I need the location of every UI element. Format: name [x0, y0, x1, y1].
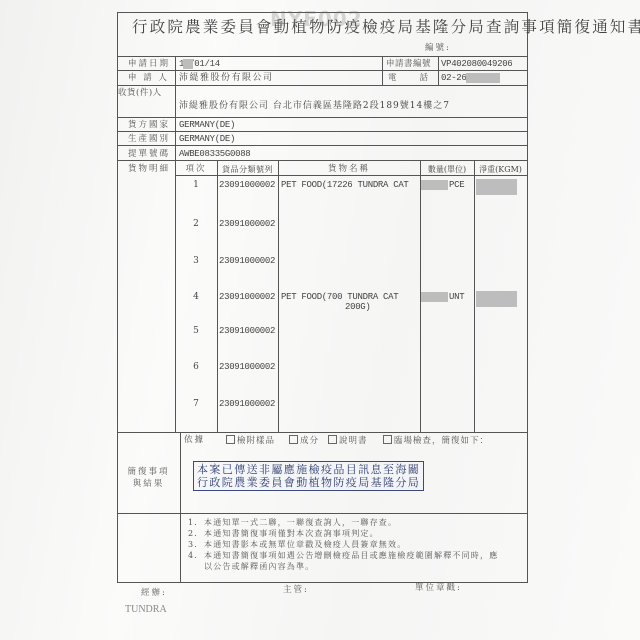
- item-number: 7: [175, 399, 217, 410]
- column-header-quantity: 數量(單位): [420, 164, 474, 175]
- item-code: 23091000002: [219, 292, 275, 303]
- goods-section-label: 貨物明細: [128, 164, 170, 175]
- row-line: [117, 432, 528, 433]
- shipper-country-value: GERMANY(DE): [179, 120, 235, 131]
- phone-label: 電 話: [388, 73, 430, 84]
- item-code: 23091000002: [219, 399, 275, 410]
- note-text: 本通知書簡復事項僅對本次查詢事項判定。: [204, 529, 379, 539]
- item-name: PET FOOD(700 TUNDRA CAT: [281, 292, 398, 303]
- item-code: 23091000002: [219, 256, 275, 267]
- column-divider: [278, 160, 279, 432]
- checkbox-icon[interactable]: [226, 435, 235, 444]
- item-name: PET FOOD(17226 TUNDRA CAT: [281, 180, 409, 191]
- application-no-label: 申請書編號: [386, 59, 431, 70]
- column-header-weight: 淨重(KGM): [474, 164, 527, 175]
- shipper-country-label: 貨方國家: [128, 120, 170, 131]
- item-name-continued: 200G): [345, 302, 371, 313]
- checkbox-label: 檢附樣品: [237, 436, 275, 446]
- column-divider: [438, 56, 439, 85]
- item-number: 2: [175, 219, 217, 230]
- official-stamp: 本案已傳送非屬應施檢疫品目訊息至海關 行政院農業委員會動植物防疫局基隆分局: [193, 461, 424, 491]
- row-line: [117, 56, 528, 57]
- note-text: 本通知單一式二聯，一聯復查詢人，一聯存查。: [204, 518, 397, 528]
- consignee-value: 沛緹雅股份有限公司 台北市信義區基隆路2段189號14樓之7: [179, 101, 450, 112]
- redacted-block: [183, 59, 193, 69]
- reply-section-label: 簡復事項: [117, 467, 180, 478]
- serial-label: 編號:: [425, 43, 451, 54]
- item-code: 23091000002: [219, 219, 275, 230]
- label-column-divider: [175, 56, 176, 432]
- bill-no-label: 提單號碼: [128, 149, 170, 160]
- redacted-quantity: [421, 180, 448, 190]
- label-column-divider: [180, 432, 181, 583]
- column-divider: [474, 160, 475, 432]
- bill-no-value: AWBE08335G0088: [179, 149, 250, 160]
- item-number: 5: [175, 326, 217, 337]
- checkbox-label: 成分: [300, 436, 319, 446]
- item-code: 23091000002: [219, 362, 275, 373]
- checkbox-label: 說明書: [339, 436, 368, 446]
- stamp-line-1: 本案已傳送非屬應施檢疫品目訊息至海關: [197, 463, 420, 476]
- column-header-name: 貨物名稱: [278, 164, 420, 175]
- row-line: [117, 145, 528, 146]
- column-divider: [217, 160, 218, 432]
- supervisor-label: 主管:: [283, 585, 309, 596]
- phone-value: 02-26: [441, 73, 467, 84]
- row-line: [117, 131, 528, 132]
- form-border-right: [527, 12, 528, 583]
- item-unit: UNT: [449, 292, 464, 303]
- stamp-line-2: 行政院農業委員會動植物防疫局基隆分局: [197, 476, 420, 489]
- application-date-label: 申請日期: [128, 59, 170, 70]
- note-text: 本通知書簡復事項如遇公告增刪檢疫品目或應施檢疫範圍解釋不同時，應: [204, 551, 498, 561]
- redacted-weight: [476, 291, 517, 307]
- applicant-value: 沛緹雅股份有限公司: [179, 73, 274, 84]
- checkbox-onsite[interactable]: 臨場檢查，簡復如下：: [383, 435, 489, 447]
- item-number: 6: [175, 362, 217, 373]
- row-line: [117, 117, 528, 118]
- row-line: [117, 513, 528, 514]
- checkbox-icon[interactable]: [289, 435, 298, 444]
- column-header-item: 項次: [175, 164, 217, 175]
- row-line: [117, 160, 528, 161]
- origin-country-value: GERMANY(DE): [179, 134, 235, 145]
- note-number: 4.: [188, 551, 198, 561]
- handler-label: 經辦:: [141, 588, 167, 599]
- note-number: 2.: [188, 529, 198, 539]
- checkbox-sample[interactable]: 檢附樣品: [226, 435, 275, 447]
- application-no-value: VP402080049206: [441, 59, 512, 70]
- form-border-bottom: [117, 582, 528, 583]
- item-number: 4: [175, 292, 217, 303]
- item-unit: PCE: [449, 180, 464, 191]
- column-divider: [382, 56, 383, 85]
- note-number: 1.: [188, 518, 198, 528]
- checkbox-label: 臨場檢查，簡復如下：: [394, 436, 489, 446]
- brand-text: TUNDRA: [125, 604, 167, 615]
- applicant-label: 申 請 人: [128, 73, 169, 84]
- unit-seal-label: 單位章戳:: [415, 583, 462, 594]
- watermark: NYF002: [270, 14, 363, 25]
- basis-label: 依據: [184, 435, 205, 446]
- checkbox-icon[interactable]: [383, 435, 392, 444]
- redacted-block: [466, 73, 500, 83]
- item-number: 3: [175, 256, 217, 267]
- scanned-document-page: 行政院農業委員會動植物防疫檢疫局基隆分局查詢事項簡復通知書 NYF002 編號:…: [0, 0, 640, 640]
- document-title: 行政院農業委員會動植物防疫檢疫局基隆分局查詢事項簡復通知書: [132, 18, 640, 36]
- checkbox-ingredients[interactable]: 成分: [289, 435, 319, 447]
- row-line: [117, 85, 528, 86]
- item-code: 23091000002: [219, 180, 275, 191]
- note-text: 以公告或解釋函內容為準。: [204, 562, 314, 572]
- consignee-label: 收貨(件)人: [118, 88, 162, 99]
- note-number: 3.: [188, 540, 198, 550]
- redacted-weight: [476, 179, 517, 195]
- column-header-code: 貨品分類號列: [217, 164, 278, 175]
- item-code: 23091000002: [219, 326, 275, 337]
- checkbox-icon[interactable]: [328, 435, 337, 444]
- checkbox-manual[interactable]: 說明書: [328, 435, 368, 447]
- item-number: 1: [175, 180, 217, 191]
- note-text: 本通知書影本或無單位章戳及檢疫人員簽章無效。: [204, 540, 406, 550]
- redacted-quantity: [421, 292, 448, 302]
- reply-section-label-2: 與結果: [117, 479, 180, 490]
- origin-country-label: 生產國別: [128, 134, 170, 145]
- row-line: [117, 70, 528, 71]
